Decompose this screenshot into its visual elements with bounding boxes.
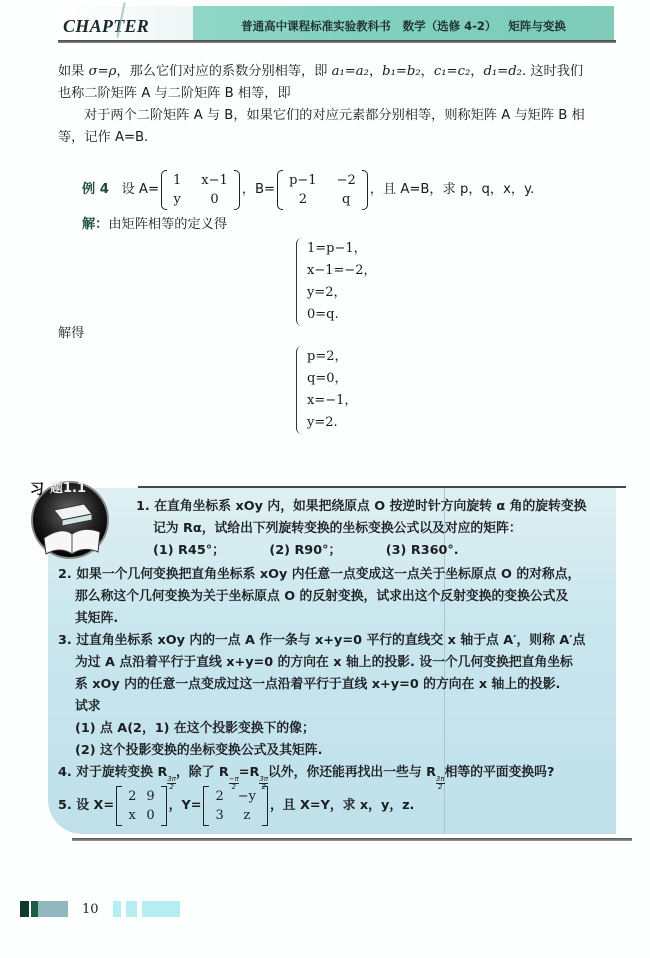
exercise-1: 1. 在直角坐标系 xOy 内，如果把绕原点 O 按逆时针方向旋转 α 角的旋转… — [136, 496, 586, 562]
item-number: 1. — [136, 499, 150, 514]
result-text: 解得 — [58, 326, 84, 341]
equation: q=0， — [307, 368, 357, 390]
footer-block-light — [113, 901, 121, 917]
cell: 3 — [215, 807, 223, 824]
solution-text: 由矩阵相等的定义得 — [108, 217, 227, 232]
exercise-top-rule — [138, 486, 626, 488]
sigma-eq: σ=ρ — [89, 64, 117, 79]
cell: x−1 — [201, 172, 228, 189]
footer-block-dark — [20, 901, 29, 917]
cell: q — [337, 191, 356, 208]
exercise-text: 设 X= — [76, 795, 114, 817]
bracket-right — [262, 786, 268, 826]
exercise-text: ，除了 R — [176, 765, 229, 780]
text: 如果 — [58, 64, 89, 79]
matrix-x: 2 9 x 0 — [116, 786, 167, 826]
equation-system-1: 1=p−1， x−1=−2， y=2， 0=q. — [296, 238, 377, 326]
footer-block-grey — [38, 901, 68, 917]
exercise-text: 相等的平面变换吗? — [445, 765, 555, 780]
solution-label: 解： — [82, 217, 108, 232]
exercise-text: 其矩阵. — [58, 611, 118, 626]
example-label: 例 4 — [82, 170, 109, 210]
topic-title: 矩阵与变换 — [508, 18, 566, 34]
exercise-text: 试求 — [58, 699, 101, 714]
example-mid: ，B= — [242, 170, 275, 210]
example-suffix: ，且 A=B，求 p，q，x，y. — [370, 170, 534, 210]
subject-title: 数学（选修 4-2） — [403, 18, 497, 34]
bracket-right — [234, 170, 240, 210]
cell: 0 — [146, 807, 154, 824]
equation: x=−1， — [307, 390, 357, 412]
equation: y=2. — [307, 412, 357, 434]
result-label: 解得 — [58, 323, 610, 345]
sub-question: (1) R45°； — [136, 543, 225, 558]
exercise-text: 对于旋转变换 R — [76, 765, 167, 780]
bracket-right — [362, 170, 368, 210]
sub-question: (1) 点 A(2，1) 在这个投影变换下的像； — [58, 721, 315, 736]
equation: y=2， — [307, 282, 377, 304]
example-4: 例 4 设 A= 1 x−1 y 0 ，B= p−1 −2 2 q ，且 A=B… — [82, 170, 634, 210]
equation: x−1=−2， — [307, 260, 377, 282]
matrix-b: p−1 −2 2 q — [277, 170, 368, 210]
eq-c: c₁=c₂ — [434, 64, 470, 79]
exercise-5: 5. 设 X= 2 9 x 0 ，Y= 2 −y 3 z ，且 X=Y，求 x，… — [58, 786, 414, 826]
cell: 9 — [146, 788, 154, 805]
eq-a: a₁=a₂ — [332, 64, 369, 79]
footer-block-mid — [31, 901, 38, 917]
equation-system-2: p=2， q=0， x=−1， y=2. — [296, 346, 357, 434]
matrix-y: 2 −y 3 z — [203, 786, 268, 826]
page-number: 10 — [82, 902, 99, 917]
cell: 2 — [289, 191, 317, 208]
cell: 1 — [173, 172, 181, 189]
header-rule — [58, 40, 616, 43]
cell: 0 — [201, 191, 228, 208]
footer-block-light — [142, 901, 180, 917]
sub-question: (2) R90°； — [229, 543, 341, 558]
cell: p−1 — [289, 172, 317, 189]
exercise-2: 2. 如果一个几何变换把直角坐标系 xOy 内任意一点变成这一点关于坐标原点 O… — [58, 564, 580, 630]
eq-b: b₁=b₂ — [382, 64, 421, 79]
exercise-text: 过直角坐标系 xOy 内的一点 A 作一条与 x+y=0 平行的直线交 x 轴于… — [76, 633, 585, 648]
exercise-badge-icon: 习 题1.1 — [22, 470, 120, 562]
cell: −2 — [337, 172, 356, 189]
page-footer: 10 — [20, 901, 180, 917]
definition-text: 对于两个二阶矩阵 A 与 B，如果它们的对应元素都分别相等，则称矩阵 A 与矩阵… — [58, 108, 585, 145]
exercise-text: 系 xOy 内的任意一点变成过这一点沿着平行于直线 x+y=0 的方向在 x 轴… — [58, 677, 560, 692]
exercise-text: 如果一个几何变换把直角坐标系 xOy 内任意一点变成这一点关于坐标原点 O 的对… — [76, 567, 580, 582]
definition-paragraph: 对于两个二阶矩阵 A 与 B，如果它们的对应元素都分别相等，则称矩阵 A 与矩阵… — [58, 105, 610, 149]
intro-paragraph: 如果 σ=ρ，那么它们对应的系数分别相等，即 a₁=a₂，b₁=b₂，c₁=c₂… — [58, 61, 610, 105]
exercise-3: 3. 过直角坐标系 xOy 内的一点 A 作一条与 x+y=0 平行的直线交 x… — [58, 630, 585, 762]
sub-question: (2) 这个投影变换的坐标变换公式及其矩阵. — [58, 743, 322, 758]
exercise-text: 以外，你还能再找出一些与 R — [268, 765, 436, 780]
item-number: 3. — [58, 633, 72, 648]
denominator: 2 — [436, 784, 445, 791]
equation: p=2， — [307, 346, 357, 368]
cell: x — [128, 807, 136, 824]
chapter-tag: CHAPTER — [58, 6, 193, 40]
page-header: CHAPTER 普通高中课程标准实验教科书 数学（选修 4-2） 矩阵与变换 — [58, 6, 614, 40]
svg-text:习: 习 — [30, 482, 44, 498]
example-prefix: 设 A= — [122, 170, 159, 210]
text: . 这时我们 — [522, 64, 583, 79]
solution-intro: 解：由矩阵相等的定义得 — [82, 214, 634, 236]
cell: z — [238, 807, 256, 824]
matrix-a: 1 x−1 y 0 — [161, 170, 240, 210]
item-number: 2. — [58, 567, 72, 582]
equation: 1=p−1， — [307, 238, 377, 260]
svg-text:题1.1: 题1.1 — [50, 480, 86, 496]
cell: 2 — [215, 788, 223, 805]
exercise-text: ，且 X=Y，求 x，y，z. — [270, 795, 414, 817]
header-band: 普通高中课程标准实验教科书 数学（选修 4-2） 矩阵与变换 — [193, 6, 614, 40]
chapter-label: CHAPTER — [63, 16, 149, 37]
bracket-right — [161, 786, 167, 826]
eq-d: d₁=d₂ — [483, 64, 522, 79]
exercise-text: ，Y= — [169, 795, 202, 817]
exercise-text: 为过 A 点沿着平行于直线 x+y=0 的方向在 x 轴上的投影. 设一个几何变… — [58, 655, 573, 670]
exercise-bottom-rule — [72, 838, 632, 841]
text: ，那么它们对应的系数分别相等，即 — [116, 64, 331, 79]
cell: −y — [238, 788, 256, 805]
sub-question: (3) R360°. — [346, 543, 459, 558]
cell: 2 — [128, 788, 136, 805]
exercise-text: 那么称这个几何变换为关于坐标原点 O 的反射变换，试求出这个反射变换的变换公式及 — [58, 589, 568, 604]
left-brace — [296, 238, 305, 326]
footer-block-light — [126, 901, 137, 917]
left-brace — [296, 346, 305, 434]
fraction-subscript: 3π2 — [436, 776, 445, 791]
cell: y — [173, 191, 181, 208]
exercise-text: =R — [239, 765, 260, 780]
intro-line2: 也称二阶矩阵 A 与二阶矩阵 B 相等，即 — [58, 86, 291, 101]
exercise-text: 在直角坐标系 xOy 内，如果把绕原点 O 按逆时针方向旋转 α 角的旋转变换 — [154, 499, 586, 514]
item-number: 5. — [58, 795, 72, 817]
exercise-text: 记为 Rα，试给出下列旋转变换的坐标变换公式以及对应的矩阵： — [136, 521, 522, 536]
item-number: 4. — [58, 765, 72, 780]
series-title: 普通高中课程标准实验教科书 — [241, 18, 391, 34]
